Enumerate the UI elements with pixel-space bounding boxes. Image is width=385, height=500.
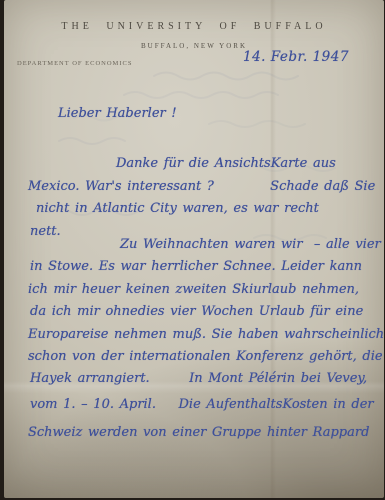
letterhead-department: DEPARTMENT OF ECONOMICS (17, 60, 132, 67)
handwriting-line: Zu Weihnachten waren wir – alle vier – (120, 234, 378, 256)
handwriting-line: schon von der internationalen Konferenz … (28, 346, 378, 368)
letter-paper: THE UNIVERSITY OF BUFFALO BUFFALO, NEW Y… (4, 0, 384, 498)
letterhead-institution: THE UNIVERSITY OF BUFFALO (4, 21, 384, 32)
handwriting-line: da ich mir ohnedies vier Wochen Urlaub f… (30, 301, 378, 323)
handwriting-line: Mexico. War's interessant ? Schade daß S… (28, 176, 378, 198)
document-photo: THE UNIVERSITY OF BUFFALO BUFFALO, NEW Y… (0, 0, 385, 500)
handwriting-line: Hayek arrangiert. In Mont Pélérin bei Ve… (30, 368, 378, 390)
handwriting-line: Schweiz werden von einer Gruppe hinter R… (28, 422, 378, 444)
handwriting-line: nicht in Atlantic City waren, es war rec… (36, 198, 378, 220)
handwritten-date: 14. Febr. 1947 (243, 49, 349, 65)
handwriting-line: in Stowe. Es war herrlicher Schnee. Leid… (30, 256, 378, 278)
handwriting-line: Danke für die AnsichtsKarte aus (116, 153, 378, 175)
handwriting-line: vom 1. – 10. April. Die AufenthaltsKoste… (30, 394, 378, 416)
handwriting-line: Lieber Haberler ! (58, 103, 378, 125)
letter-body: Lieber Haberler !Danke für die AnsichtsK… (28, 103, 378, 445)
handwriting-line: ich mir heuer keinen zweiten Skiurlaub n… (28, 279, 378, 301)
handwriting-line: Europareise nehmen muß. Sie haben wahrsc… (28, 324, 378, 346)
